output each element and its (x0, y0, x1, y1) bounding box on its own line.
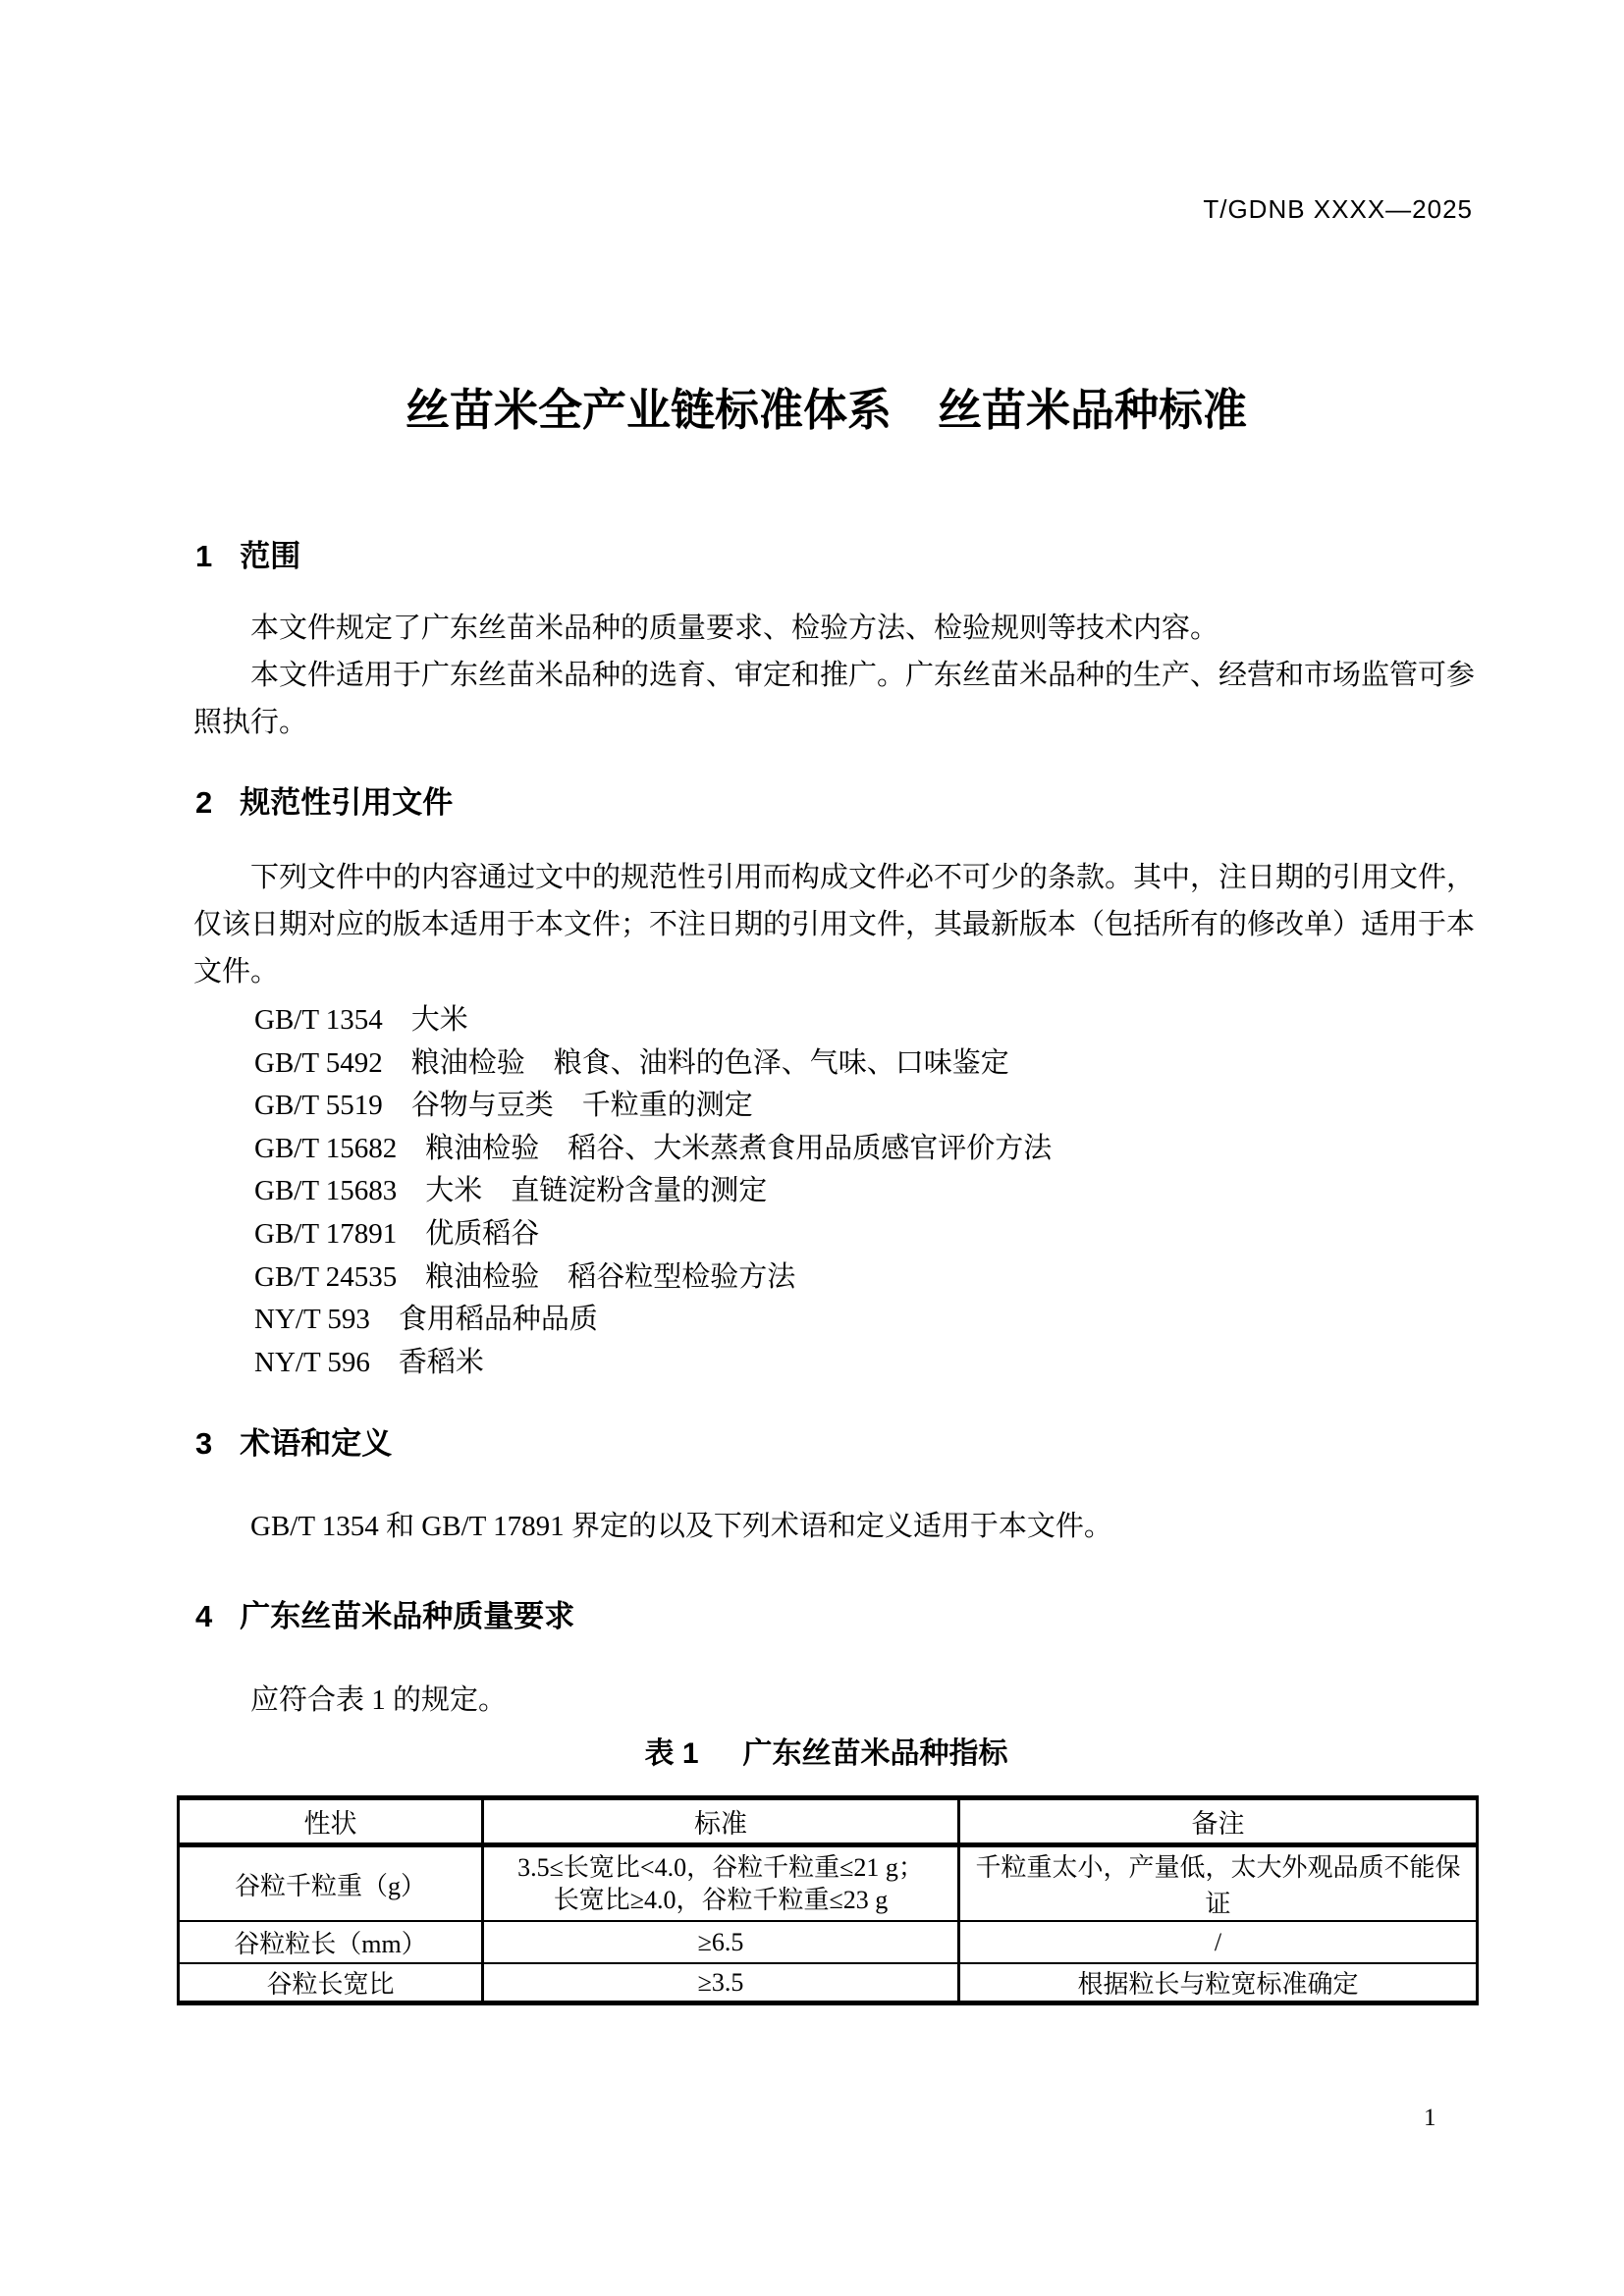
cell-standard: ≥3.5 (483, 1963, 959, 2003)
doc-title: 丝苗米全产业链标准体系丝苗米品种标准 (177, 385, 1476, 436)
s1-paragraph-2-line2: 照执行。 (193, 705, 307, 740)
table-caption-label: 表 1 (644, 1737, 698, 1770)
section-3-number: 3 (195, 1426, 212, 1461)
cell-remark: 根据粒长与粒宽标准确定 (959, 1963, 1478, 2003)
s2-intro-line1: 下列文件中的内容通过文中的规范性引用而构成文件必不可少的条款。其中，注日期的引用… (250, 860, 1475, 895)
section-2-title: 规范性引用文件 (240, 785, 453, 820)
cell-trait: 谷粒粒长（mm） (179, 1921, 483, 1963)
table-1: 性状 标准 备注 谷粒千粒重（g） 3.5≤长宽比<4.0，谷粒千粒重≤21 g… (177, 1795, 1479, 2005)
doc-number: T/GDNB XXXX—2025 (1203, 194, 1473, 225)
section-1-title: 范围 (240, 539, 300, 573)
s1-paragraph-1: 本文件规定了广东丝苗米品种的质量要求、检验方法、检验规则等技术内容。 (250, 611, 1218, 646)
reference-item: GB/T 5492 粮油检验 粮食、油料的色泽、气味、口味鉴定 (254, 1042, 1052, 1086)
section-1-number: 1 (195, 539, 212, 573)
cell-remark: / (959, 1921, 1478, 1963)
s3-paragraph-1: GB/T 1354 和 GB/T 17891 界定的以及下列术语和定义适用于本文… (250, 1509, 1112, 1544)
reference-item: GB/T 24535 粮油检验 稻谷粒型检验方法 (254, 1256, 1052, 1300)
table-header-row: 性状 标准 备注 (179, 1798, 1478, 1845)
cell-standard: 3.5≤长宽比<4.0，谷粒千粒重≤21 g； 长宽比≥4.0，谷粒千粒重≤23… (483, 1845, 959, 1922)
cell-standard: ≥6.5 (483, 1921, 959, 1963)
table-caption: 表 1广东丝苗米品种指标 (177, 1736, 1476, 1772)
page-number: 1 (1424, 2105, 1436, 2132)
reference-item: GB/T 5519 谷物与豆类 千粒重的测定 (254, 1085, 1052, 1128)
reference-list: GB/T 1354 大米 GB/T 5492 粮油检验 粮食、油料的色泽、气味、… (254, 999, 1052, 1384)
s2-intro-line3: 文件。 (193, 954, 279, 989)
reference-item: GB/T 1354 大米 (254, 999, 1052, 1042)
doc-title-part2: 丝苗米品种标准 (938, 385, 1247, 435)
s2-intro-line2: 仅该日期对应的版本适用于本文件；不注日期的引用文件，其最新版本（包括所有的修改单… (193, 907, 1475, 942)
table-header-standard: 标准 (483, 1798, 959, 1845)
reference-item: NY/T 596 香稻米 (254, 1342, 1052, 1385)
cell-standard-line2: 长宽比≥4.0，谷粒千粒重≤23 g (488, 1884, 953, 1916)
table-row: 谷粒千粒重（g） 3.5≤长宽比<4.0，谷粒千粒重≤21 g； 长宽比≥4.0… (179, 1845, 1478, 1922)
cell-trait: 谷粒长宽比 (179, 1963, 483, 2003)
table-header-trait: 性状 (179, 1798, 483, 1845)
reference-item: GB/T 15683 大米 直链淀粉含量的测定 (254, 1170, 1052, 1213)
s4-paragraph-1: 应符合表 1 的规定。 (250, 1682, 507, 1718)
section-4-heading: 4广东丝苗米品种质量要求 (195, 1599, 574, 1634)
cell-standard-line1: 3.5≤长宽比<4.0，谷粒千粒重≤21 g； (488, 1851, 953, 1884)
table-row: 谷粒粒长（mm） ≥6.5 / (179, 1921, 1478, 1963)
reference-item: NY/T 593 食用稻品种品质 (254, 1299, 1052, 1342)
cell-remark: 千粒重太小，产量低，太大外观品质不能保证 (959, 1845, 1478, 1922)
s1-paragraph-2-line1: 本文件适用于广东丝苗米品种的选育、审定和推广。广东丝苗米品种的生产、经营和市场监… (250, 658, 1475, 693)
table-header-remark: 备注 (959, 1798, 1478, 1845)
section-3-heading: 3术语和定义 (195, 1426, 392, 1462)
reference-item: GB/T 15682 粮油检验 稻谷、大米蒸煮食用品质感官评价方法 (254, 1128, 1052, 1171)
table-caption-title: 广东丝苗米品种指标 (743, 1737, 1008, 1770)
reference-item: GB/T 17891 优质稻谷 (254, 1213, 1052, 1256)
document-page: T/GDNB XXXX—2025 丝苗米全产业链标准体系丝苗米品种标准 1范围 … (0, 0, 1624, 2296)
table-row: 谷粒长宽比 ≥3.5 根据粒长与粒宽标准确定 (179, 1963, 1478, 2003)
section-1-heading: 1范围 (195, 539, 300, 574)
section-3-title: 术语和定义 (240, 1426, 392, 1461)
section-4-number: 4 (195, 1599, 212, 1633)
section-4-title: 广东丝苗米品种质量要求 (240, 1599, 574, 1633)
cell-trait: 谷粒千粒重（g） (179, 1845, 483, 1922)
section-2-heading: 2规范性引用文件 (195, 785, 453, 821)
doc-title-part1: 丝苗米全产业链标准体系 (406, 385, 892, 435)
section-2-number: 2 (195, 785, 212, 820)
